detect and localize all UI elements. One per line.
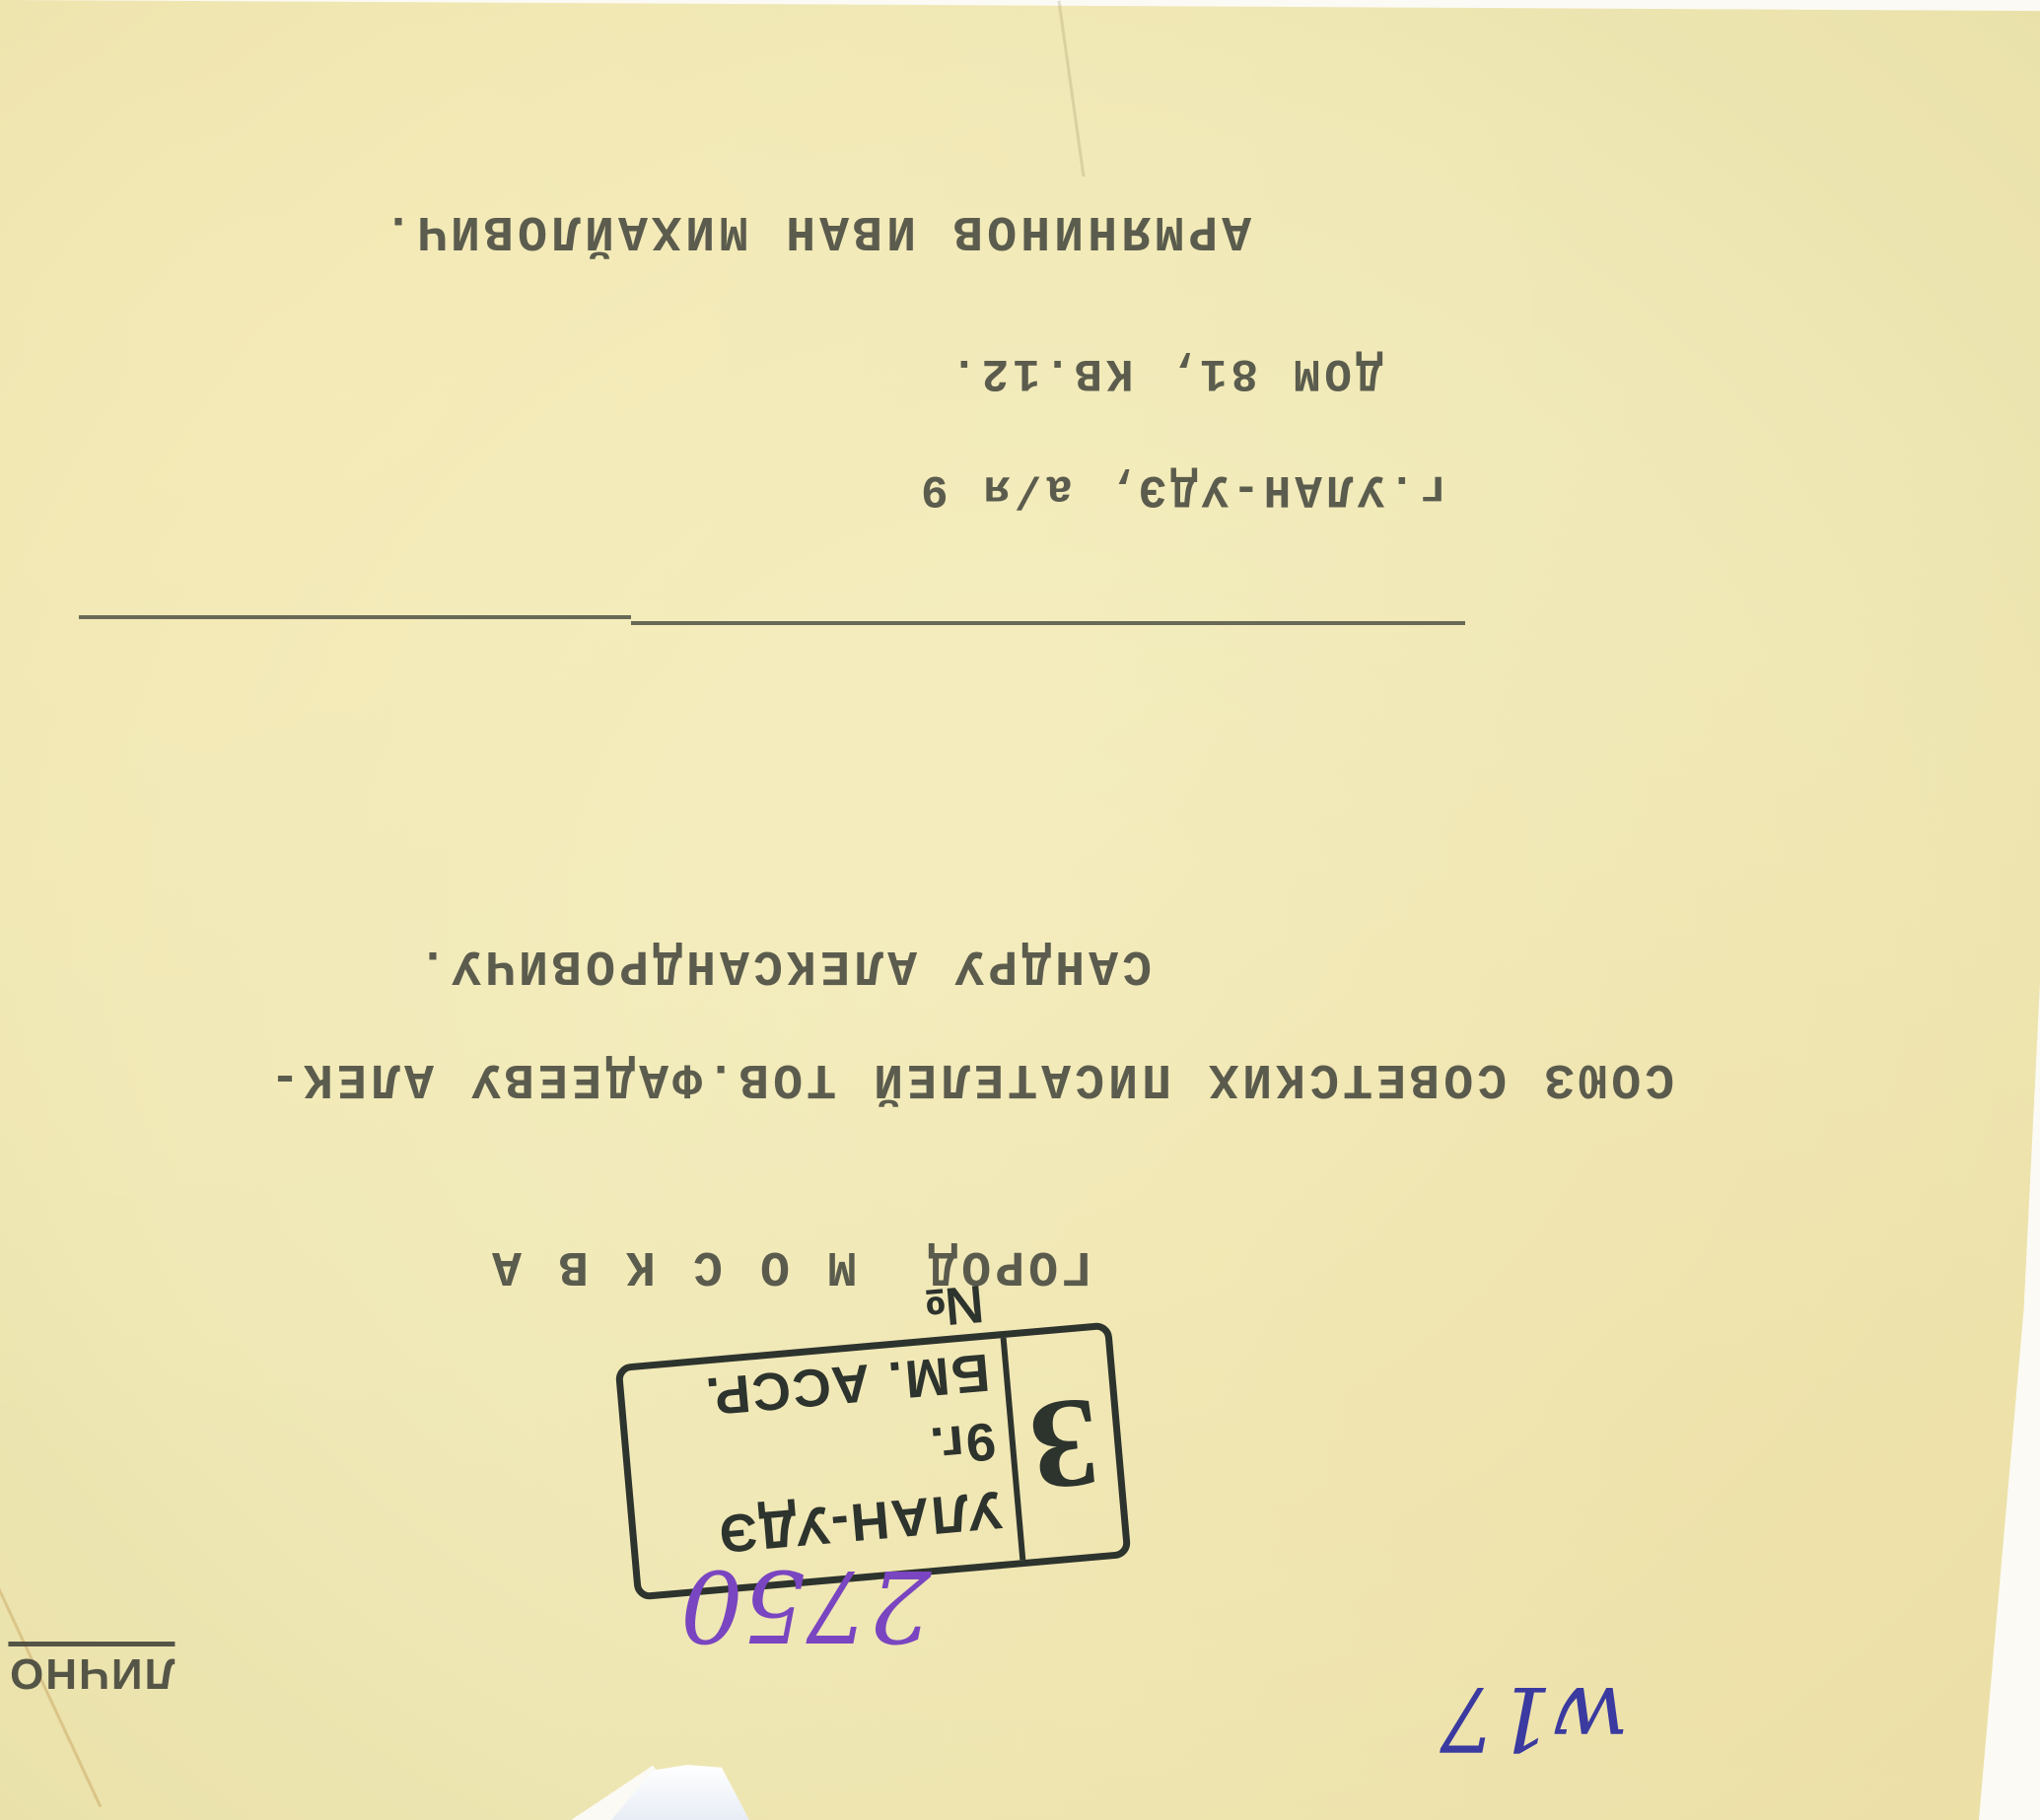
sender-name: АРМЯНИНОВ ИВАН МИХАЙЛОВИЧ. bbox=[380, 202, 1251, 258]
separator-left bbox=[79, 615, 631, 619]
registration-text: УЛАН-УДЭ 9г. БМ. АССР. № bbox=[626, 1269, 1005, 1575]
sender-house: ДОМ 81, КВ.12. bbox=[947, 347, 1382, 398]
registration-letter: З bbox=[1001, 1329, 1124, 1560]
personal-stamp: ЛИЧНО bbox=[8, 1642, 175, 1698]
recipient-line1: СОЮЗ СОВЕТСКИХ ПИСАТЕЛЕЙ ТОВ.ФАДЕЕВУ АЛЕ… bbox=[266, 1050, 1674, 1106]
separator-right bbox=[631, 621, 1465, 625]
recipient-line2: САНДРУ АЛЕКСАНДРОВИЧУ. bbox=[414, 937, 1152, 993]
sender-city: г.УЛАН-УДЭ, а/я 9 bbox=[917, 463, 1446, 515]
handwritten-note: w17 bbox=[1440, 1666, 1629, 1770]
handwritten-number: 2750 bbox=[680, 1548, 932, 1663]
